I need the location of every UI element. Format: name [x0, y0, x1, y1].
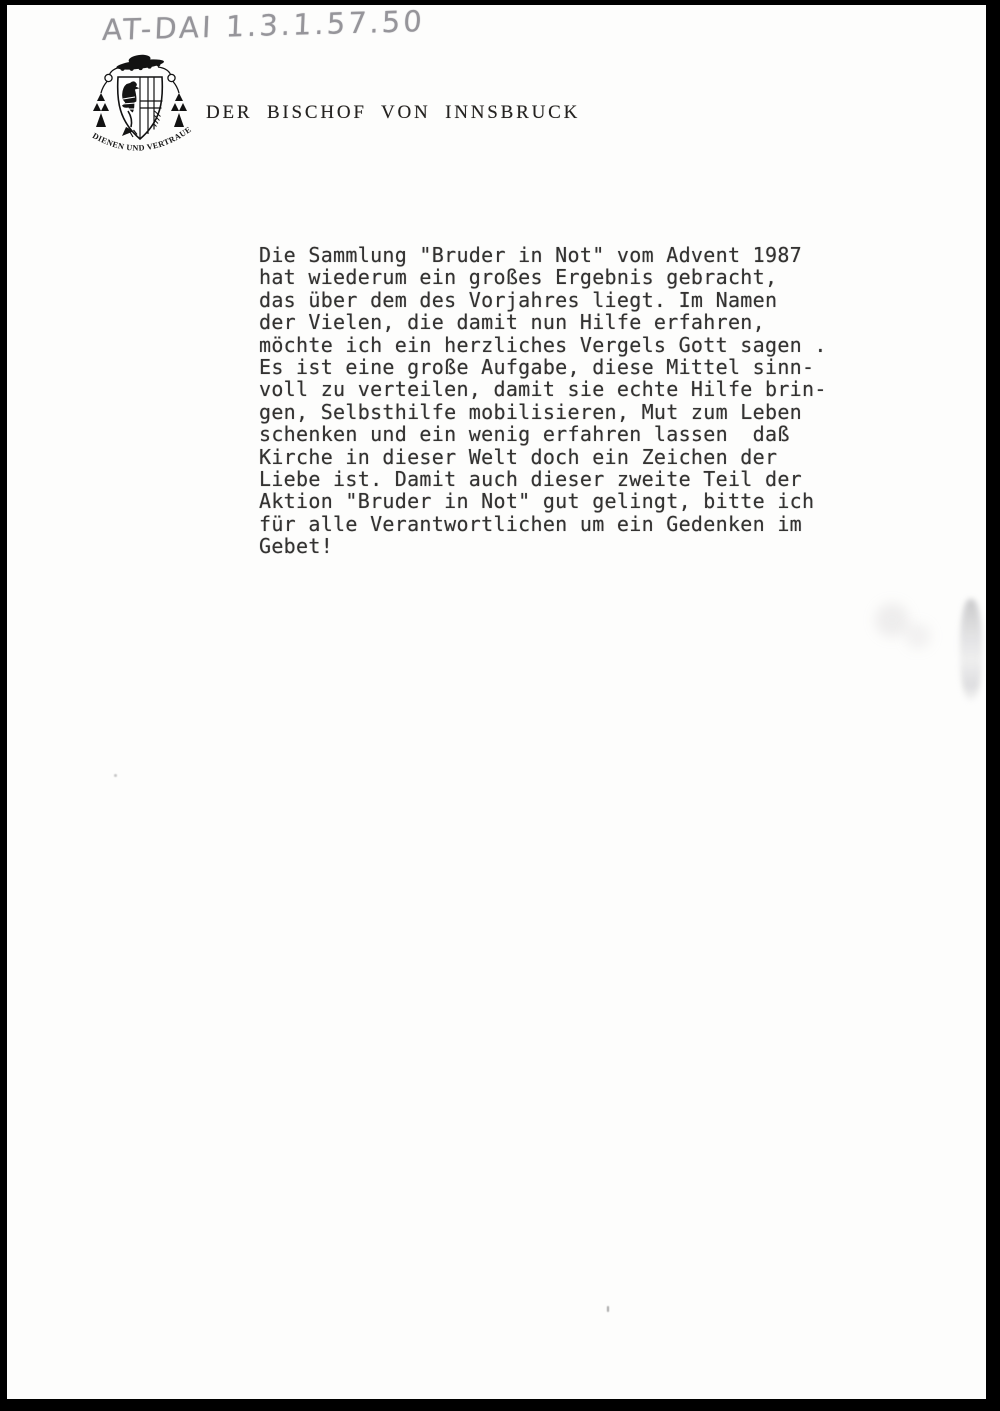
letter-paper: AT-DAI 1.3.1.57.50 [7, 5, 986, 1399]
tassels-right [171, 93, 187, 127]
typewritten-line: möchte ich ein herzliches Vergels Gott s… [259, 334, 827, 356]
typewritten-line: voll zu verteilen, damit sie echte Hilfe… [259, 378, 827, 400]
typewritten-line: gen, Selbsthilfe mobilisieren, Mut zum L… [259, 401, 827, 423]
archive-reference-handwriting: AT-DAI 1.3.1.57.50 [102, 4, 426, 47]
galero-hat-icon [115, 53, 165, 73]
typewritten-line: schenken und ein wenig erfahren lassen d… [259, 423, 827, 445]
typewritten-line: Liebe ist. Damit auch dieser zweite Teil… [259, 468, 827, 490]
tassels-left [93, 93, 109, 127]
typewritten-line: Aktion "Bruder in Not" gut gelingt, bitt… [259, 490, 827, 512]
scan-speck [114, 774, 117, 777]
bishop-coat-of-arms-icon: DIENEN UND VERTRAUEN [88, 53, 192, 167]
typewritten-line: hat wiederum ein großes Ergebnis gebrach… [259, 266, 827, 288]
scan-smudge-faint [905, 623, 931, 649]
scanned-document: AT-DAI 1.3.1.57.50 [0, 0, 1000, 1411]
typewritten-line: das über dem des Vorjahres liegt. Im Nam… [259, 289, 827, 311]
letter-body: Die Sammlung "Bruder in Not" vom Advent … [259, 244, 827, 558]
scan-smudge-right-edge [960, 599, 982, 701]
typewritten-line: für alle Verantwortlichen um ein Gedenke… [259, 513, 827, 535]
typewritten-line: Die Sammlung "Bruder in Not" vom Advent … [259, 244, 827, 266]
typewritten-line: Es ist eine große Aufgabe, diese Mittel … [259, 356, 827, 378]
scan-smudge-faint [875, 603, 909, 637]
typewritten-line: der Vielen, die damit nun Hilfe erfahren… [259, 311, 827, 333]
typewritten-line: Kirche in dieser Welt doch ein Zeichen d… [259, 446, 827, 468]
scan-speck [607, 1306, 609, 1312]
typewritten-line: Gebet! [259, 535, 827, 557]
letterhead-title: DER BISCHOF VON INNSBRUCK [206, 102, 580, 124]
